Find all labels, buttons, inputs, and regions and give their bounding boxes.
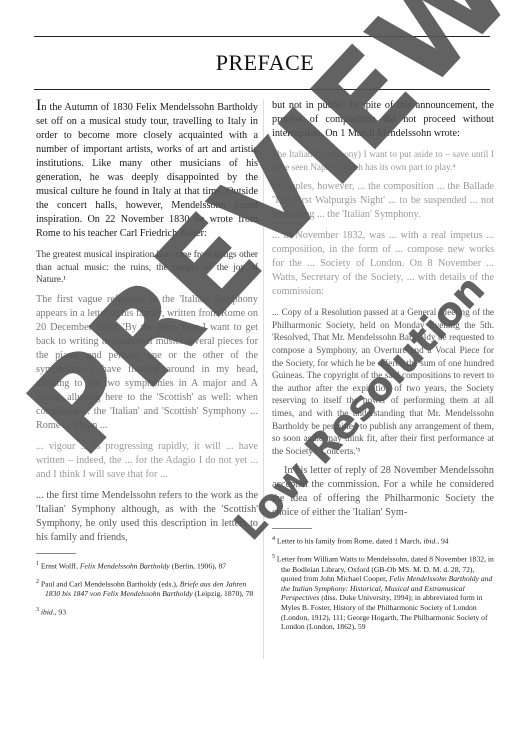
footnote-4: 4 Letter to his family from Rome, dated … <box>272 535 494 546</box>
block-quote-1: The Italian (Symphony) I want to put asi… <box>272 148 494 173</box>
footnote-1: 1 Ernst Wolff, Felix Mendelssohn Barthol… <box>36 560 258 571</box>
paragraph-3: ... in November 1832, was ... with a rea… <box>272 229 494 299</box>
block-quote-1: The greatest musical inspiration has com… <box>36 248 258 286</box>
page-title: PREFACE <box>0 50 530 76</box>
paragraph-4: In his letter of reply of 28 November Me… <box>272 464 494 520</box>
block-quote-2: ... Copy of a Resolution passed at a Gen… <box>272 306 494 457</box>
footnote-2: 2 Paul and Carl Mendelssohn Bartholdy (e… <box>36 578 258 599</box>
footnote-rule <box>36 553 76 554</box>
footnote-rule <box>272 528 312 529</box>
left-column: In the Autumn of 1830 Felix Mendelssohn … <box>36 99 258 624</box>
column-divider <box>263 99 264 659</box>
top-rule <box>34 36 490 37</box>
paragraph-2: The first vague reference to the 'Italia… <box>36 293 258 433</box>
footnote-3: 3 ibid., 93 <box>36 606 258 617</box>
paragraph-3: ... vigour ... is progressing rapidly, i… <box>36 440 258 482</box>
footnote-5: 5 Letter from William Watts to Mendelsso… <box>272 553 494 631</box>
paragraph-1: but not in public. In spite of this anno… <box>272 99 494 141</box>
paragraph-4: ... the first time Mendelssohn refers to… <box>36 489 258 545</box>
right-column: but not in public. In spite of this anno… <box>272 99 494 639</box>
title-bottom-rule <box>34 89 490 90</box>
paragraph-1: In the Autumn of 1830 Felix Mendelssohn … <box>36 99 258 241</box>
document-page: PREFACE In the Autumn of 1830 Felix Mend… <box>0 0 530 750</box>
paragraph-2: In Naples, however, ... the composition … <box>272 180 494 222</box>
